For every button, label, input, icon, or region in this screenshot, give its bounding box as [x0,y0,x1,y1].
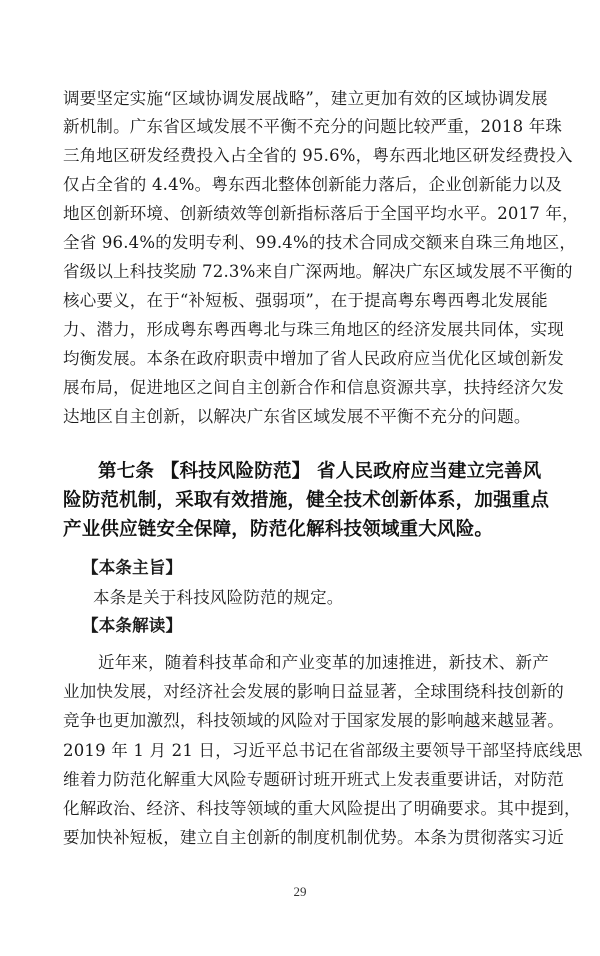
body-line: 维着力防范化解重大风险专题研讨班开班式上发表重要讲话，对防范 [63,770,535,790]
body-line: 化解政治、经济、科技等领域的重大风险提出了明确要求。其中提到， [63,799,535,819]
body-line: 仅占全省的 4.4%。粤东西北整体创新能力落后，企业创新能力以及 [63,175,535,195]
body-line: 核心要义，在于“补短板、强弱项”，在于提高粤东粤西粤北发展能 [63,291,535,311]
body-line: 省级以上科技奖励 72.3%来自广深两地。解决广东区域发展不平衡的 [63,262,535,282]
article-title-line: 第七条 【科技风险防范】 省人民政府应当建立完善风 [98,461,535,483]
body-line: 展布局，促进地区之间自主创新合作和信息资源共享，扶持经济欠发 [63,378,535,398]
body-line: 达地区自主创新，以解决广东省区域发展不平衡不充分的问题。 [63,407,535,427]
body-line: 要加快补短板，建立自主创新的制度机制优势。本条为贯彻落实习近 [63,828,535,848]
purpose-text: 本条是关于科技风险防范的规定。 [93,588,344,608]
body-line: 新机制。广东省区域发展不平衡不充分的问题比较严重，2018 年珠 [63,117,535,137]
body-line: 调要坚定实施“区域协调发展战略”，建立更加有效的区域协调发展 [63,89,535,109]
body-line: 全省 96.4%的发明专利、99.4%的技术合同成交额来自珠三角地区， [63,233,535,253]
body-line: 力、潜力，形成粤东粤西粤北与珠三角地区的经济发展共同体，实现 [63,320,535,340]
body-line: 三角地区研发经费投入占全省的 95.6%，粤东西北地区研发经费投入 [63,146,535,166]
body-line: 均衡发展。本条在政府职责中增加了省人民政府应当优化区域创新发 [63,349,535,369]
article-line: 产业供应链安全保障，防范化解科技领域重大风险。 [63,519,535,541]
body-line: 近年来，随着科技革命和产业变革的加速推进，新技术、新产 [98,653,535,673]
heading-interpretation: 【本条解读】 [82,616,182,636]
body-line: 竞争也更加激烈，科技领域的风险对于国家发展的影响越来越显著。 [63,711,535,731]
body-line: 业加快发展，对经济社会发展的影响日益显著，全球围绕科技创新的 [63,682,535,702]
article-line: 险防范机制，采取有效措施，健全技术创新体系，加强重点 [63,490,535,512]
body-line: 2019 年 1 月 21 日，习近平总书记在省部级主要领导干部坚持底线思 [63,741,535,761]
heading-purpose: 【本条主旨】 [82,558,182,578]
body-line: 地区创新环境、创新绩效等创新指标落后于全国平均水平。2017 年， [63,204,535,224]
page-number: 29 [0,884,600,900]
